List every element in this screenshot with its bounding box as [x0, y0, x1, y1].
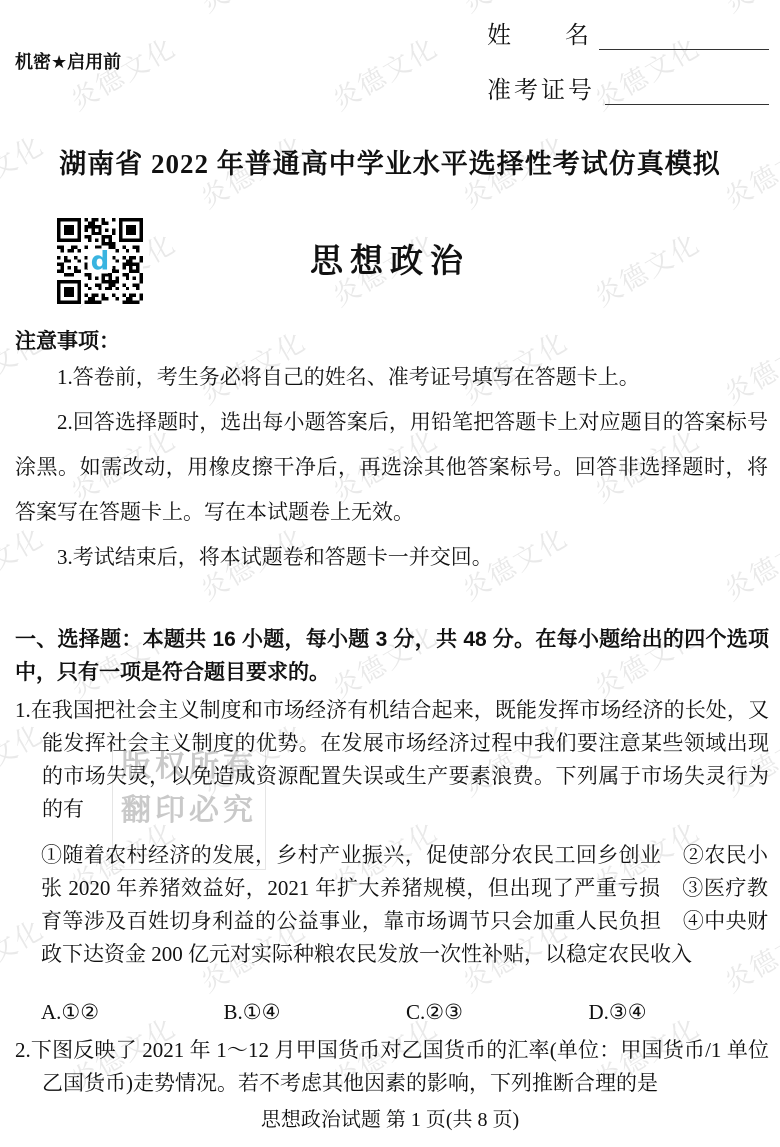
- question-2-number: 2.: [15, 1038, 31, 1062]
- question-1-number: 1.: [15, 698, 31, 722]
- option-b-text: ①④: [243, 1000, 281, 1024]
- question-1-items: ①随着农村经济的发展，乡村产业振兴，促使部分农民工回乡创业 ②农民小张 2020…: [41, 839, 768, 971]
- name-input-line[interactable]: [599, 19, 769, 50]
- ticket-label: 准考证号: [487, 70, 595, 105]
- option-c: C.②③: [406, 996, 589, 1029]
- notice-item-1: 1.答卷前，考生务必将自己的姓名、准考证号填写在答题卡上。: [15, 355, 768, 400]
- question-2: 2.下图反映了 2021 年 1～12 月甲国货币对乙国货币的汇率(单位：甲国货…: [15, 1034, 769, 1100]
- notice-item-3: 3.考试结束后，将本试题卷和答题卡一并交回。: [15, 535, 768, 580]
- exam-title: 湖南省 2022 年普通高中学业水平选择性考试仿真模拟: [0, 142, 780, 181]
- secrecy-label: 机密★启用前: [15, 48, 121, 74]
- subject-title: 思想政治: [0, 235, 780, 282]
- question-1-stem: 在我国把社会主义制度和市场经济有机结合起来，既能发挥市场经济的长处，又能发挥社会…: [31, 698, 769, 821]
- name-label: 姓 名: [487, 15, 589, 50]
- option-d: D.③④: [589, 996, 772, 1029]
- notice-item-2: 2.回答选择题时，选出每小题答案后，用铅笔把答题卡上对应题目的答案标号涂黑。如需…: [15, 400, 768, 535]
- notice-list: 1.答卷前，考生务必将自己的姓名、准考证号填写在答题卡上。 2.回答选择题时，选…: [15, 355, 768, 580]
- ticket-row: 准考证号: [487, 67, 769, 105]
- name-label-first: 姓: [487, 15, 511, 50]
- option-d-label: D.: [589, 1000, 609, 1024]
- question-1-options: A.①② B.①④ C.②③ D.③④: [41, 996, 771, 1029]
- option-a-label: A.: [41, 1000, 61, 1024]
- option-b-label: B.: [224, 1000, 243, 1024]
- option-b: B.①④: [224, 996, 407, 1029]
- page-footer: 思想政治试题 第 1 页(共 8 页): [0, 1103, 780, 1132]
- option-c-text: ②③: [425, 1000, 463, 1024]
- question-2-stem: 下图反映了 2021 年 1～12 月甲国货币对乙国货币的汇率(单位：甲国货币/…: [31, 1038, 769, 1095]
- exam-page: 机密★启用前 姓 名 准考证号 湖南省 2022 年普通高中学业水平选择性考试仿…: [0, 0, 780, 1147]
- name-label-second: 名: [565, 15, 589, 50]
- question-1: 1.在我国把社会主义制度和市场经济有机结合起来，既能发挥市场经济的长处，又能发挥…: [15, 694, 769, 826]
- ticket-input-line[interactable]: [605, 74, 769, 105]
- name-row: 姓 名: [487, 12, 769, 50]
- option-a: A.①②: [41, 996, 224, 1029]
- student-info: 姓 名 准考证号: [487, 12, 769, 122]
- option-a-text: ①②: [61, 1000, 99, 1024]
- section-heading: 一、选择题：本题共 16 小题，每小题 3 分，共 48 分。在每小题给出的四个…: [15, 623, 769, 689]
- option-c-label: C.: [406, 1000, 425, 1024]
- option-d-text: ③④: [609, 1000, 647, 1024]
- notice-heading: 注意事项：: [15, 325, 120, 355]
